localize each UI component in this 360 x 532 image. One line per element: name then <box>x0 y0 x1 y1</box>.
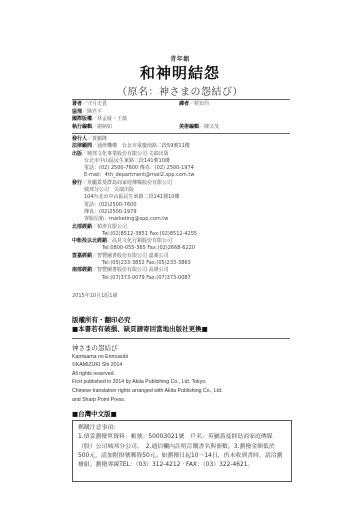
reserved-line: All rights reserved. <box>72 370 302 379</box>
notice-body: 1.填妥劃撥單資料：帳號：50003021號 戶名：英屬蓋曼群島商家庭傳媒（股）… <box>78 433 286 470</box>
credit-label: 國際版權 <box>72 116 92 122</box>
copyright-line: ©KAMIZUKI Shi 2014 <box>72 361 302 370</box>
credit-label: 執行編輯 <box>72 124 92 130</box>
credit-label: 譯者 <box>179 101 189 107</box>
distributor-line: 雲嘉經銷／智豐圖書股份有限公司 嘉義公司 <box>72 253 292 260</box>
mail-order-notice-box: 郵購注意事項： 1.填妥劃撥單資料：帳號：50003021號 戶名：英屬蓋曼群島… <box>72 420 292 482</box>
publisher-line: 電話：(02)2500-7600 <box>72 202 292 209</box>
japanese-title: 神さまの怨結び <box>72 344 302 353</box>
credits-block: 著者／守月史貴 譯者／蔡知均 協理／陳君平 國際版權／林孟璇・王薇 執行編輯／謝… <box>72 101 290 131</box>
publisher-line: 發行／英屬蓋曼群島商家庭傳媒股份有限公司 <box>72 180 292 187</box>
translation-line: Chinese translation rights arranged with… <box>72 387 302 396</box>
credit-value: 謝納如 <box>97 124 112 130</box>
credit-row: 國際版權／林孟璇・王薇 <box>72 116 290 124</box>
distributor-contact: Tel:0800-055-365 Fax:(02)2668-6220 <box>72 245 292 252</box>
credit-label: 協理 <box>72 109 82 115</box>
original-rights-block: 神さまの怨結び Kamisama no Enmusubi ©KAMIZUKI S… <box>72 344 302 404</box>
credit-label: 美術編輯 <box>179 124 199 130</box>
divider <box>72 99 290 100</box>
book-title: 和神明結怨 <box>0 62 360 83</box>
divider <box>72 133 290 134</box>
original-title: （原名：神さまの怨結び） <box>0 83 360 98</box>
publisher-line: 104台北市中山區民生東路二段141號10樓 <box>72 194 292 201</box>
publisher-line: 客服信箱：marketing@spp.com.tw <box>72 216 292 223</box>
distributor-line: 中彰投以北經銷／高見文化行銷股份有限公司 <box>72 238 292 245</box>
copyright-notice: 版權所有・翻印必究 <box>72 316 208 325</box>
colophon-page: 青年館 和神明結怨 （原名：神さまの怨結び） 著者／守月史貴 譯者／蔡知均 協理… <box>0 0 360 532</box>
edition-label: ■台灣中文版■ <box>72 409 117 418</box>
credit-value: 陳君平 <box>87 109 102 115</box>
distributor-contact: Tel:(07)373-0079 Fax:(07)373-0087 <box>72 275 292 282</box>
distributor-line: 北部經銷／楨彥有限公司 <box>72 224 292 231</box>
credit-row: 執行編輯／謝納如 美術編輯／陳又茂 <box>72 124 290 132</box>
publisher-line: E-mail：4th_department@mail2.spp.com.tw <box>72 172 292 179</box>
credit-value: 陳又茂 <box>204 124 219 130</box>
credit-label: 著者 <box>72 101 82 107</box>
credit-value: 蔡知均 <box>194 101 209 107</box>
translation-line-2: and Sharp Point Press. <box>72 396 302 405</box>
edition-date: 2015年10月1版1刷 <box>72 292 117 299</box>
credit-row: 著者／守月史貴 譯者／蔡知均 <box>72 101 290 109</box>
credit-value: 林孟璇・王薇 <box>97 116 127 122</box>
rights-block: 版權所有・翻印必究 ■本書若有破損、缺頁請寄回當地出版社更換■ <box>72 316 208 334</box>
first-published-line: First published in 2014 by Akita Publish… <box>72 378 302 387</box>
romaji-title: Kamisama no Enmusubi <box>72 353 302 362</box>
publisher-line: 電話：(02) 2500-7600 傳真：(02) 2500-1974 <box>72 165 292 172</box>
divider <box>72 338 290 339</box>
credit-value: 守月史貴 <box>87 101 107 107</box>
distributor-line: 南部經銷／智豐圖書股份有限公司 高雄公司 <box>72 267 292 274</box>
publisher-block: 發行人／黃鎮隆 法律顧問／通律機構 台北市重慶南路二段59號11樓 出版／城邦文… <box>72 136 292 282</box>
publisher-line: 法律顧問／通律機構 台北市重慶南路二段59號11樓 <box>72 143 292 150</box>
notice-title: 郵購注意事項： <box>78 424 286 433</box>
credit-row: 協理／陳君平 <box>72 109 290 117</box>
publisher-line: 出版／城邦文化事業股份有限公司 尖端出版 <box>72 151 292 158</box>
damage-notice: ■本書若有破損、缺頁請寄回當地出版社更換■ <box>72 325 208 334</box>
